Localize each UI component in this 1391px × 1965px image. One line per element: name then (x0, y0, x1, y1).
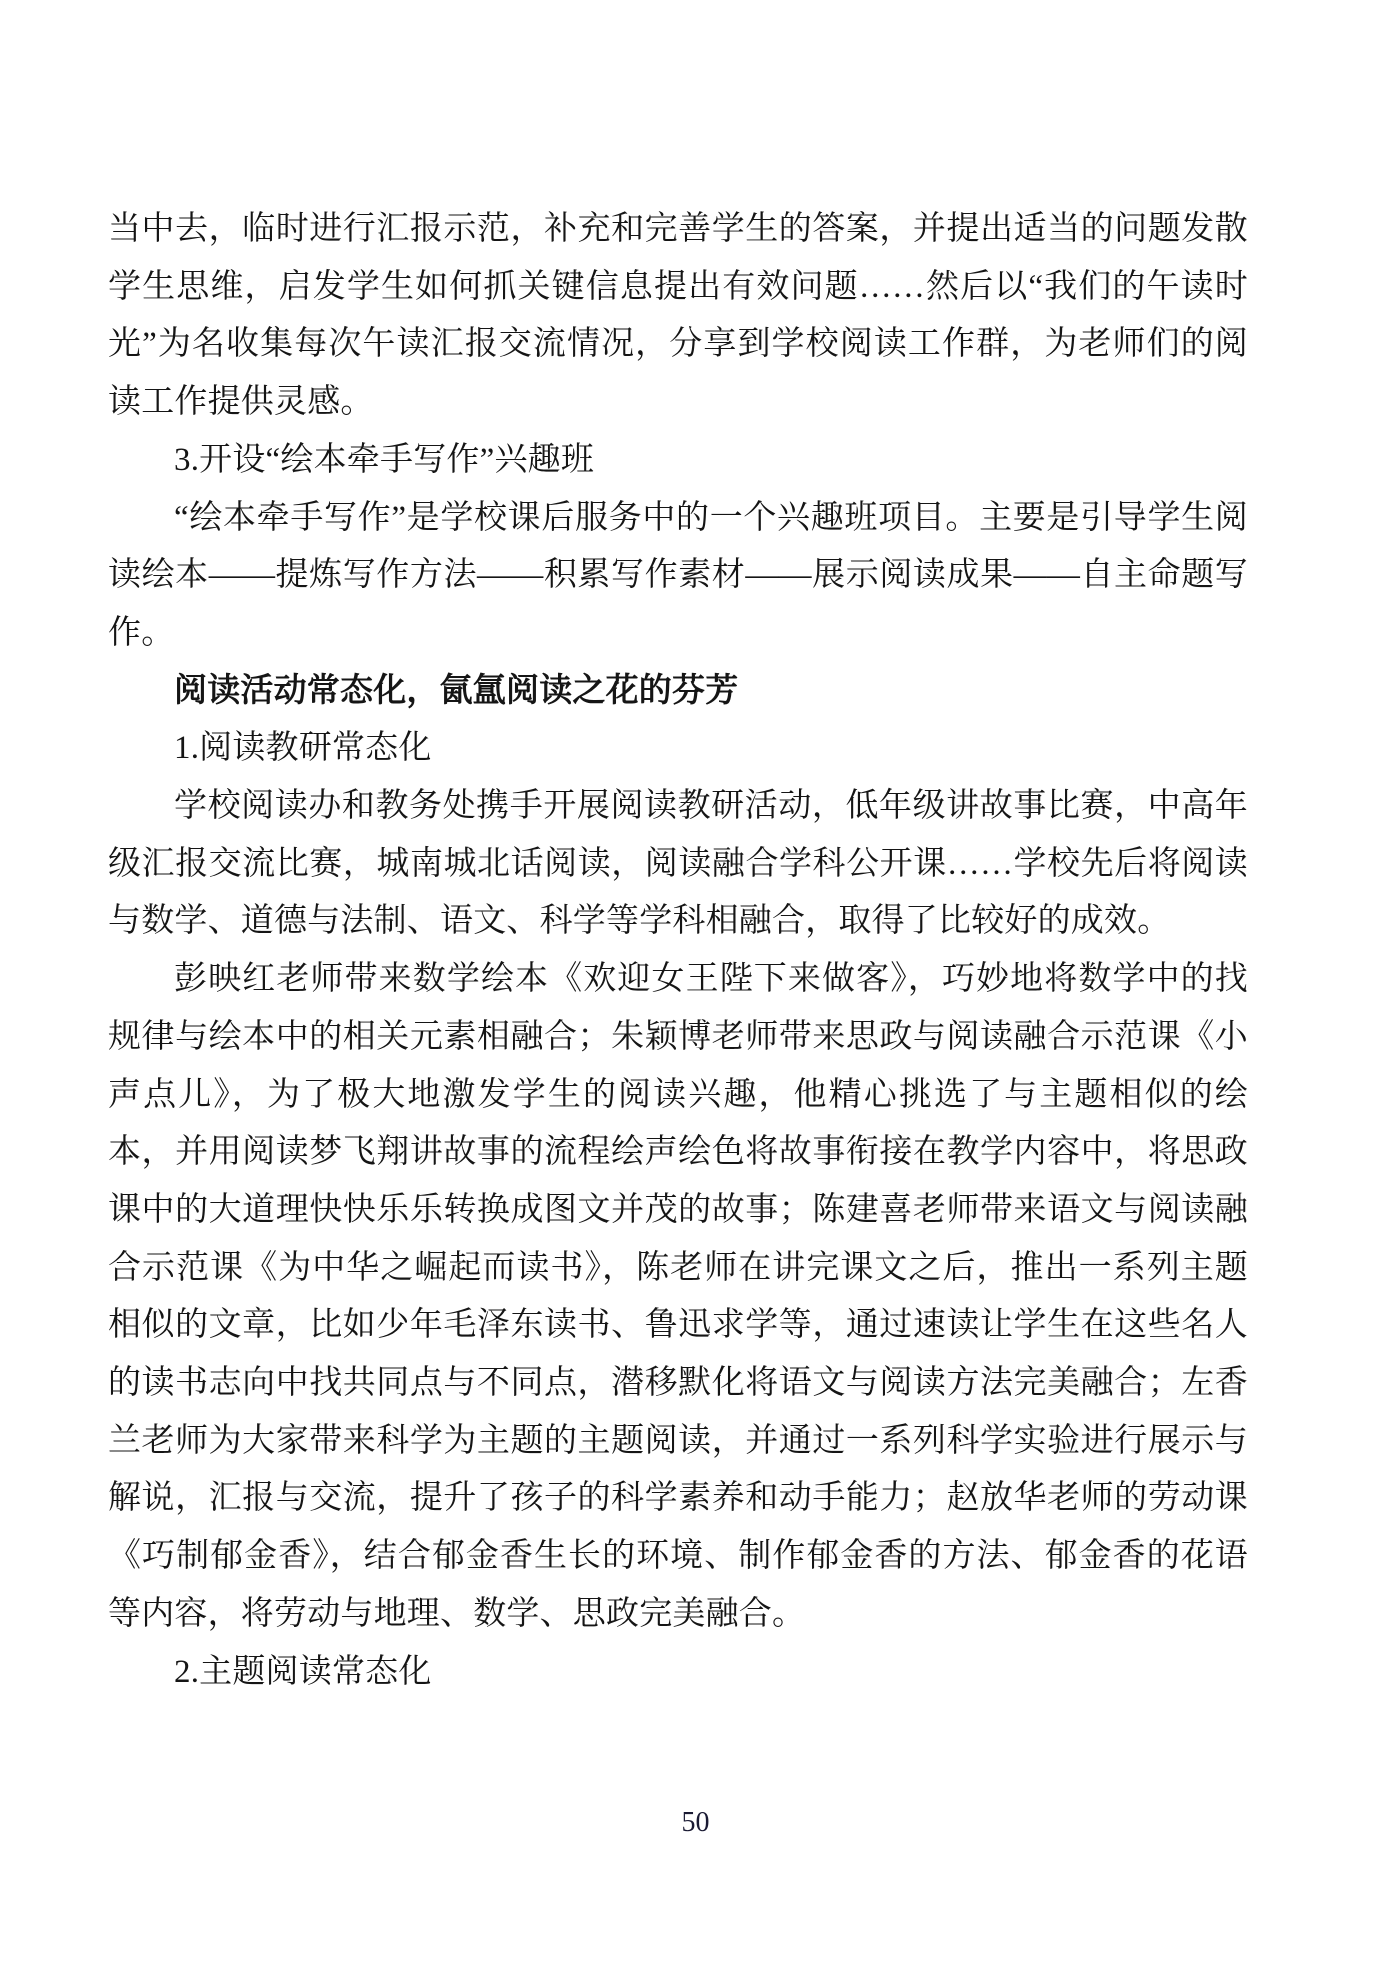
paragraph: “绘本牵手写作”是学校课后服务中的一个兴趣班项目。主要是引导学生阅读绘本——提炼… (108, 490, 1248, 663)
paragraph: 2.主题阅读常态化 (108, 1644, 1248, 1702)
document-body: 当中去，临时进行汇报示范，补充和完善学生的答案，并提出适当的问题发散学生思维，启… (108, 201, 1248, 1701)
document-page: 当中去，临时进行汇报示范，补充和完善学生的答案，并提出适当的问题发散学生思维，启… (0, 0, 1391, 1965)
paragraph: 彭映红老师带来数学绘本《欢迎女王陛下来做客》，巧妙地将数学中的找规律与绘本中的相… (108, 951, 1248, 1643)
paragraph: 1.阅读教研常态化 (108, 720, 1248, 778)
paragraph: 学校阅读办和教务处携手开展阅读教研活动，低年级讲故事比赛，中高年级汇报交流比赛，… (108, 778, 1248, 951)
paragraph: 当中去，临时进行汇报示范，补充和完善学生的答案，并提出适当的问题发散学生思维，启… (108, 201, 1248, 432)
paragraph: 3.开设“绘本牵手写作”兴趣班 (108, 432, 1248, 490)
section-heading: 阅读活动常态化，氤氲阅读之花的芬芳 (108, 663, 1248, 721)
page-number: 50 (0, 1806, 1391, 1840)
